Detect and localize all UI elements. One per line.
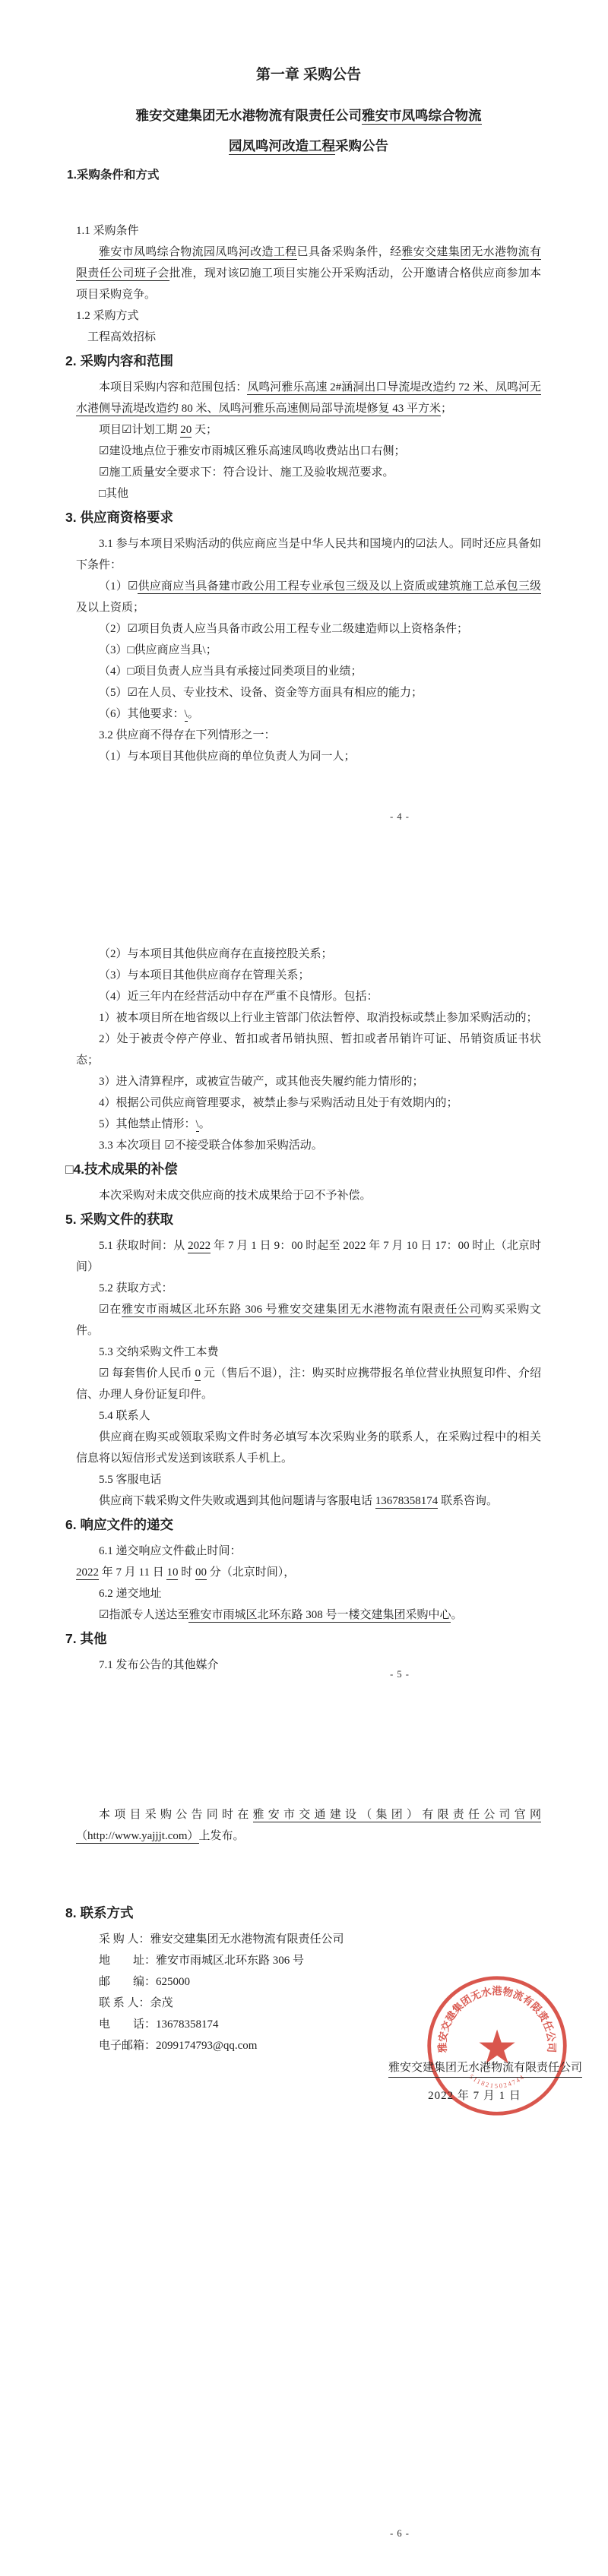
page-number: - 4 - bbox=[96, 811, 608, 823]
filled-in-value: 雅安市凤鸣综合物流园凤鸣河改造工程 bbox=[99, 246, 297, 260]
clause-3-1-item1: （1）☑供应商应当具备建市政公用工程专业承包三级及以上资质或建筑施工总承包三级及… bbox=[76, 576, 541, 618]
clause-6-1: 6.1 递交响应文件截止时间： bbox=[76, 1541, 541, 1562]
clause-3-1-item6: （6）其他要求：\。 bbox=[76, 703, 541, 725]
filled-in-value: 2022 bbox=[188, 1240, 211, 1253]
clause-6-1-body: 2022 年 7 月 11 日 10 时 00 分（北京时间）， bbox=[76, 1562, 541, 1583]
text-run: 3. 供应商资格要求 bbox=[65, 510, 173, 525]
clause-3-2-item4-3: 3）进入清算程序，或被宣告破产，或其他丧失履约能力情形的； bbox=[76, 1071, 541, 1092]
text-run: 上发布。 bbox=[199, 1830, 245, 1842]
text-run: 供应商在购买或领取采购文件时务必填写本次采购业务的联系人，在采购过程中的相关信息… bbox=[76, 1431, 541, 1465]
text-run: 供应商下载采购文件失败或遇到其他问题请与客服电话 bbox=[99, 1495, 375, 1507]
text-run: 年 7 月 11 日 bbox=[99, 1566, 166, 1579]
text-run: 3.3 本次项目 ☑不接受联合体参加采购活动。 bbox=[99, 1139, 323, 1152]
page-number: - 6 - bbox=[96, 2528, 608, 2540]
clause-1-2-body: 工程高效招标 bbox=[76, 327, 541, 348]
text-run: 。 bbox=[199, 1118, 211, 1130]
text-run: ☑指派专人送达至 bbox=[99, 1609, 188, 1621]
section-7-heading: 7. 其他 bbox=[65, 1627, 541, 1650]
filled-in-value: 20 bbox=[180, 424, 192, 438]
text-run: （1）☑ bbox=[99, 580, 138, 593]
text-run: 7. 其他 bbox=[65, 1631, 106, 1646]
clause-3-3: 3.3 本次项目 ☑不接受联合体参加采购活动。 bbox=[76, 1135, 541, 1156]
clause-6-2-body: ☑指派专人送达至雅安市雨城区北环东路 308 号一楼交建集团采购中心。 bbox=[76, 1604, 541, 1626]
clause-2-duration: 项目☑计划工期 20 天； bbox=[76, 419, 541, 441]
clause-3-1-item5: （5）☑在人员、专业技术、设备、资金等方面具有相应的能力； bbox=[76, 682, 541, 703]
clause-5-4-body: 供应商在购买或领取采购文件时务必填写本次采购业务的联系人，在采购过程中的相关信息… bbox=[76, 1427, 541, 1469]
text-run: 邮 编：625000 bbox=[99, 1976, 190, 1988]
text-run: （5）☑在人员、专业技术、设备、资金等方面具有相应的能力； bbox=[99, 687, 423, 699]
blank-space bbox=[76, 1847, 541, 1900]
text-run: ☑建设地点位于雅安市雨城区雅乐高速凤鸣收费站出口右侧； bbox=[99, 445, 405, 457]
text-run: 本项目采购内容和范围包括： bbox=[99, 381, 247, 394]
text-run: 联系咨询。 bbox=[438, 1495, 498, 1507]
clause-3-2-item1: （1）与本项目其他供应商的单位负责人为同一人； bbox=[76, 746, 541, 767]
page-4: 第一章 采购公告雅安交建集团无水港物流有限责任公司雅安市凤鸣综合物流园凤鸣河改造… bbox=[0, 46, 608, 889]
contact-address: 地 址：雅安市雨城区北环东路 306 号 bbox=[76, 1950, 541, 1971]
section-8-heading: 8. 联系方式 bbox=[65, 1901, 541, 1924]
section-5-heading: 5. 采购文件的获取 bbox=[65, 1208, 541, 1231]
clause-5-4: 5.4 联系人 bbox=[76, 1405, 541, 1427]
signature-company: 雅安交建集团无水港物流有限责任公司 bbox=[388, 2059, 582, 2078]
text-run: 联 系 人：余茂 bbox=[99, 1997, 173, 2009]
text-run: 3.2 供应商不得存在下列情形之一： bbox=[99, 729, 276, 741]
text-run: 第一章 采购公告 bbox=[256, 67, 361, 83]
text-run: 1.2 采购方式 bbox=[76, 310, 139, 322]
clause-3-2-item4-2: 2）处于被责令停产停业、暂扣或者吊销执照、暂扣或者吊销许可证、吊销资质证书状态； bbox=[76, 1029, 541, 1071]
text-run: 2）处于被责令停产停业、暂扣或者吊销执照、暂扣或者吊销许可证、吊销资质证书状态； bbox=[76, 1033, 541, 1067]
text-run: 3.1 参与本项目采购活动的供应商应当是中华人民共和国境内的☑法人。同时还应具备… bbox=[76, 538, 541, 571]
text-run: 3）进入清算程序，或被宣告破产，或其他丧失履约能力情形的； bbox=[99, 1076, 424, 1088]
announcement-title-line1: 雅安交建集团无水港物流有限责任公司雅安市凤鸣综合物流 bbox=[76, 100, 541, 131]
text-run: 2. 采购内容和范围 bbox=[65, 353, 173, 368]
text-run: （3）与本项目其他供应商存在管理关系； bbox=[99, 969, 310, 981]
text-run: 项目☑计划工期 bbox=[99, 424, 180, 436]
clause-3-2: 3.2 供应商不得存在下列情形之一： bbox=[76, 725, 541, 746]
filled-in-value: 雅安市雨城区北环东路 308 号一楼交建集团采购中心 bbox=[188, 1609, 451, 1623]
text-run: （2）☑项目负责人应当具备市政公用工程专业二级建造师以上资格条件； bbox=[99, 623, 468, 635]
clause-3-2-item4-4: 4）根据公司供应商管理要求，被禁止参与采购活动且处于有效期内的； bbox=[76, 1092, 541, 1114]
clause-1-1-body: 雅安市凤鸣综合物流园凤鸣河改造工程已具备采购条件，经雅安交建集团无水港物流有限责… bbox=[76, 242, 541, 305]
text-run: 5. 采购文件的获取 bbox=[65, 1212, 173, 1227]
text-run: 电 话：13678358174 bbox=[99, 2018, 219, 2031]
text-run: 时 bbox=[178, 1566, 195, 1579]
clause-7-1-body: 本项目采购公告同时在雅安市交通建设（集团）有限责任公司官网（http://www… bbox=[76, 1804, 541, 1847]
text-run: ☑在 bbox=[99, 1304, 122, 1316]
text-run: （6）其他要求： bbox=[99, 708, 185, 720]
clause-2-location: ☑建设地点位于雅安市雨城区雅乐高速凤鸣收费站出口右侧； bbox=[76, 441, 541, 462]
text-run: 已具备采购条件，经 bbox=[297, 246, 402, 258]
section-6-heading: 6. 响应文件的递交 bbox=[65, 1513, 541, 1536]
filled-in-value: 雅安市凤鸣综合物流 bbox=[362, 108, 482, 125]
clause-5-3: 5.3 交纳采购文件工本费 bbox=[76, 1342, 541, 1363]
clause-2-quality: ☑施工质量安全要求下：符合设计、施工及验收规范要求。 bbox=[76, 462, 541, 483]
clause-3-1-item4: （4）□项目负责人应当具有承接过同类项目的业绩； bbox=[76, 661, 541, 682]
text-run: ； bbox=[441, 403, 452, 415]
filled-in-value: 0 bbox=[195, 1367, 201, 1381]
clause-3-2-item3: （3）与本项目其他供应商存在管理关系； bbox=[76, 965, 541, 986]
text-run: □其他 bbox=[99, 488, 128, 500]
filled-in-value: 10 bbox=[166, 1566, 178, 1580]
clause-3-1: 3.1 参与本项目采购活动的供应商应当是中华人民共和国境内的☑法人。同时还应具备… bbox=[76, 533, 541, 576]
text-run: 6.1 递交响应文件截止时间： bbox=[99, 1545, 242, 1557]
text-run: （1）与本项目其他供应商的单位负责人为同一人； bbox=[99, 751, 356, 763]
text-run: 1）被本项目所在地省级以上行业主管部门依法暂停、取消投标或禁止参加采购活动的； bbox=[99, 1012, 538, 1024]
clause-5-5-body: 供应商下载采购文件失败或遇到其他问题请与客服电话 13678358174 联系咨… bbox=[76, 1490, 541, 1512]
text-run: 地 址：雅安市雨城区北环东路 306 号 bbox=[99, 1955, 304, 1967]
clause-1-2-heading: 1.2 采购方式 bbox=[76, 305, 541, 327]
text-run: 1.1 采购条件 bbox=[76, 225, 139, 237]
document-canvas: { "seal": { "company": "雅安交建集团无水港物流有限责任公… bbox=[0, 0, 608, 2576]
filled-in-value: 园凤鸣河改造工程 bbox=[229, 138, 335, 155]
text-run: （4）近三年内在经营活动中存在严重不良情形。包括： bbox=[99, 991, 378, 1003]
text-run: 5）其他禁止情形： bbox=[99, 1118, 196, 1130]
clause-6-2: 6.2 递交地址 bbox=[76, 1583, 541, 1604]
section-2-heading: 2. 采购内容和范围 bbox=[65, 349, 541, 372]
clause-5-2: 5.2 获取方式： bbox=[76, 1278, 541, 1299]
text-run: 4）根据公司供应商管理要求，被禁止参与采购活动且处于有效期内的； bbox=[99, 1097, 458, 1109]
text-run: 雅安交建集团无水港物流有限责任公司 bbox=[136, 108, 363, 123]
text-run: □4.技术成果的补偿 bbox=[65, 1162, 178, 1177]
text-run: 1.采购条件和方式 bbox=[67, 169, 159, 182]
text-run: 5.5 客服电话 bbox=[99, 1474, 162, 1486]
text-run: （4）□项目负责人应当具有承接过同类项目的业绩； bbox=[99, 665, 363, 678]
clause-5-3-body: ☑ 每套售价人民币 0 元（售后不退），注：购买时应携带报名单位营业执照复印件、… bbox=[76, 1363, 541, 1405]
clause-3-2-item2: （2）与本项目其他供应商存在直接控股关系； bbox=[76, 943, 541, 965]
text-run: 电子邮箱：2099174793@qq.com bbox=[99, 2040, 257, 2052]
filled-in-value: 13678358174 bbox=[375, 1495, 439, 1509]
announcement-title-line2: 园凤鸣河改造工程采购公告 bbox=[76, 131, 541, 161]
text-run: 8. 联系方式 bbox=[65, 1905, 133, 1920]
clause-5-5: 5.5 客服电话 bbox=[76, 1469, 541, 1490]
text-run: 5.4 联系人 bbox=[99, 1410, 150, 1422]
page-number: - 5 - bbox=[96, 1669, 608, 1680]
clause-3-2-item4-1: 1）被本项目所在地省级以上行业主管部门依法暂停、取消投标或禁止参加采购活动的； bbox=[76, 1007, 541, 1029]
text-run: 分（北京时间）， bbox=[207, 1566, 295, 1579]
text-run: 5.1 获取时间：从 bbox=[99, 1240, 188, 1252]
text-run: 本次采购对未成交供应商的技术成果给于☑不予补偿。 bbox=[99, 1190, 371, 1202]
text-run: （2）与本项目其他供应商存在直接控股关系； bbox=[99, 948, 333, 960]
clause-1-1-heading: 1.1 采购条件 bbox=[76, 220, 541, 242]
text-run: 采 购 人：雅安交建集团无水港物流有限责任公司 bbox=[99, 1933, 344, 1945]
filled-in-value: 雅安市雨城区北环东路 306 号雅安交建集团无水港物流有限责任公司 bbox=[122, 1304, 482, 1317]
clause-4-body: 本次采购对未成交供应商的技术成果给于☑不予补偿。 bbox=[76, 1185, 541, 1206]
text-run: ☑ 每套售价人民币 bbox=[99, 1367, 195, 1380]
text-run: （3）□供应商应当具\； bbox=[99, 644, 217, 656]
clause-3-2-item4: （4）近三年内在经营活动中存在严重不良情形。包括： bbox=[76, 986, 541, 1007]
text-run: 天； bbox=[192, 424, 217, 436]
signature-area: 雅安交建集团无水港物流有限责任公司 2022 年 7 月 1 日 bbox=[388, 2059, 582, 2103]
clause-3-1-item2: （2）☑项目负责人应当具备市政公用工程专业二级建造师以上资格条件； bbox=[76, 618, 541, 640]
filled-in-value: 供应商应当具备建市政公用工程专业承包三级及以上资质或建筑施工总承包三级 bbox=[138, 580, 541, 594]
clause-2-scope: 本项目采购内容和范围包括：凤鸣河雅乐高速 2#涵洞出口导流堤改造约 72 米、凤… bbox=[76, 377, 541, 419]
clause-5-2-body: ☑在雅安市雨城区北环东路 306 号雅安交建集团无水港物流有限责任公司购买采购文… bbox=[76, 1299, 541, 1342]
text-run: 6.2 递交地址 bbox=[99, 1588, 162, 1600]
filled-in-value: 00 bbox=[195, 1566, 207, 1580]
text-run: 6. 响应文件的递交 bbox=[65, 1517, 173, 1532]
text-run: 本项目采购公告同时在 bbox=[99, 1809, 253, 1821]
text-run: 工程高效招标 bbox=[87, 331, 156, 343]
signature-date: 2022 年 7 月 1 日 bbox=[388, 2087, 582, 2103]
text-run: 。 bbox=[188, 708, 199, 720]
text-run: ☑施工质量安全要求下：符合设计、施工及验收规范要求。 bbox=[99, 466, 394, 479]
chapter-heading: 第一章 采购公告 bbox=[76, 62, 541, 88]
section-4-heading: □4.技术成果的补偿 bbox=[65, 1158, 541, 1181]
clause-3-2-item4-5: 5）其他禁止情形：\。 bbox=[76, 1114, 541, 1135]
text-run: 。 bbox=[451, 1609, 462, 1621]
clause-5-1: 5.1 获取时间：从 2022 年 7 月 1 日 9：00 时起至 2022 … bbox=[76, 1235, 541, 1278]
text-run: 及以上资质； bbox=[76, 602, 144, 614]
contact-purchaser: 采 购 人：雅安交建集团无水港物流有限责任公司 bbox=[76, 1929, 541, 1950]
page-5: （2）与本项目其他供应商存在直接控股关系；（3）与本项目其他供应商存在管理关系；… bbox=[0, 943, 608, 1711]
section-1-heading: 1.采购条件和方式 bbox=[67, 164, 541, 187]
filled-in-value: 2022 bbox=[76, 1566, 99, 1580]
text-run: 5.3 交纳采购文件工本费 bbox=[99, 1346, 219, 1358]
clause-2-other: □其他 bbox=[76, 483, 541, 504]
clause-3-1-item3: （3）□供应商应当具\； bbox=[76, 640, 541, 661]
text-run: 5.2 获取方式： bbox=[99, 1282, 173, 1294]
section-3-heading: 3. 供应商资格要求 bbox=[65, 506, 541, 529]
page-6: 本项目采购公告同时在雅安市交通建设（集团）有限责任公司官网（http://www… bbox=[0, 1804, 608, 2573]
text-run: 采购公告 bbox=[335, 138, 388, 153]
